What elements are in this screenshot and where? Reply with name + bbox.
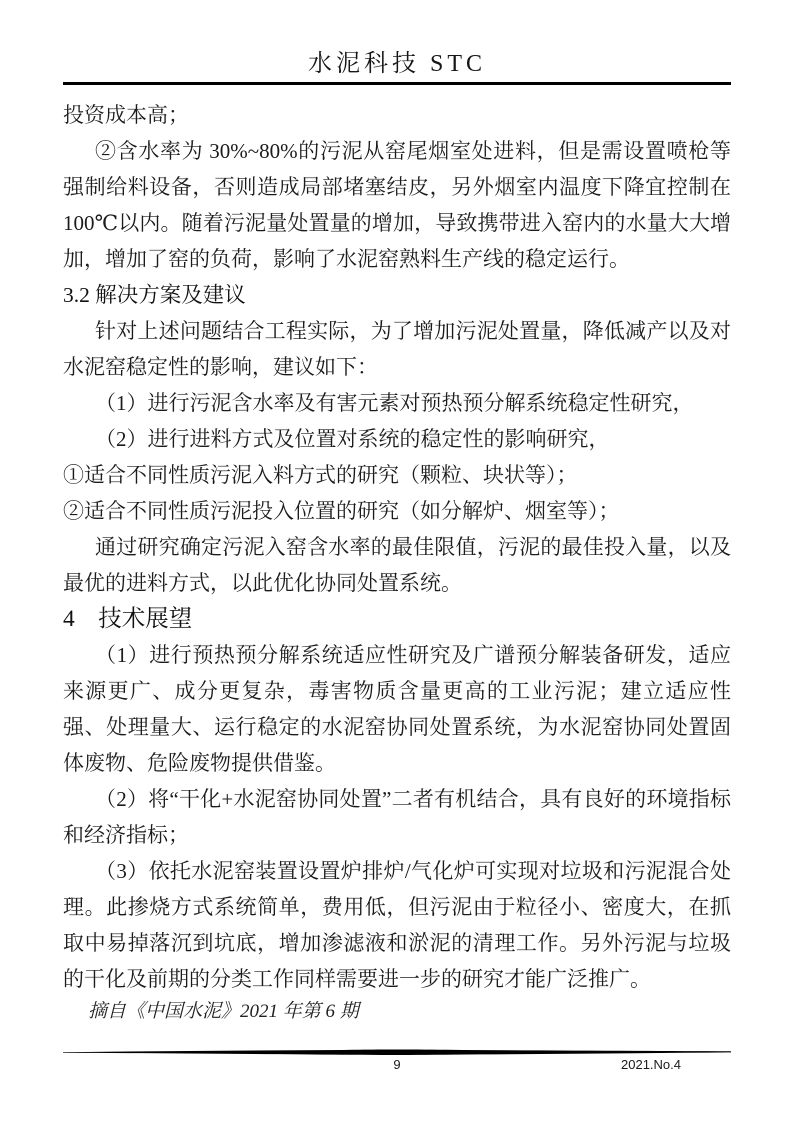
paragraph-outlook-1: （1）进行预热预分解系统适应性研究及广谱预分解装备研发，适应来源更广、成分更复杂… <box>63 637 731 781</box>
section-heading-4: 4 技术展望 <box>63 601 731 637</box>
list-item-circled-1: ①适合不同性质污泥入料方式的研究（颗粒、块状等）； <box>63 457 731 493</box>
footer-meta: 9 2021.No.4 <box>63 1056 731 1076</box>
paragraph-continuation: 投资成本高； <box>63 97 731 133</box>
page-footer: 9 2021.No.4 <box>63 1049 731 1076</box>
paragraph-outlook-2: （2）将“干化+水泥窑协同处置”二者有机结合，具有良好的环境指标和经济指标； <box>63 781 731 853</box>
header-rule <box>63 82 731 85</box>
list-item-circled-2: ②适合不同性质污泥投入位置的研究（如分解炉、烟室等）； <box>63 493 731 529</box>
paragraph-suggestion-1: （1）进行污泥含水率及有害元素对预热预分解系统稳定性研究， <box>63 385 731 421</box>
section-heading-3-2: 3.2 解决方案及建议 <box>63 277 731 313</box>
paragraph-suggestion-intro: 针对上述问题结合工程实际，为了增加污泥处置量，降低减产以及对水泥窑稳定性的影响，… <box>63 313 731 385</box>
source-note: 摘自《中国水泥》2021 年第 6 期 <box>63 997 731 1027</box>
paragraph-outlook-3: （3）依托水泥窑装置设置炉排炉/气化炉可实现对垃圾和污泥混合处理。此掺烧方式系统… <box>63 853 731 997</box>
paragraph-feed-method-2: ②含水率为 30%~80%的污泥从窑尾烟室处进料，但是需设置喷枪等强制给料设备，… <box>63 133 731 277</box>
document-page: 水泥科技 STC 投资成本高； ②含水率为 30%~80%的污泥从窑尾烟室处进料… <box>0 0 793 1122</box>
page-content: 水泥科技 STC 投资成本高； ②含水率为 30%~80%的污泥从窑尾烟室处进料… <box>63 0 731 1027</box>
paragraph-research-conclusion: 通过研究确定污泥入窑含水率的最佳限值，污泥的最佳投入量，以及最优的进料方式，以此… <box>63 529 731 601</box>
page-header: 水泥科技 STC <box>63 50 731 85</box>
issue-label: 2021.No.4 <box>621 1057 681 1072</box>
footer-rule <box>63 1049 731 1056</box>
journal-title: 水泥科技 STC <box>63 50 731 78</box>
article-body: 投资成本高； ②含水率为 30%~80%的污泥从窑尾烟室处进料，但是需设置喷枪等… <box>63 93 731 1027</box>
paragraph-suggestion-2: （2）进行进料方式及位置对系统的稳定性的影响研究， <box>63 421 731 457</box>
